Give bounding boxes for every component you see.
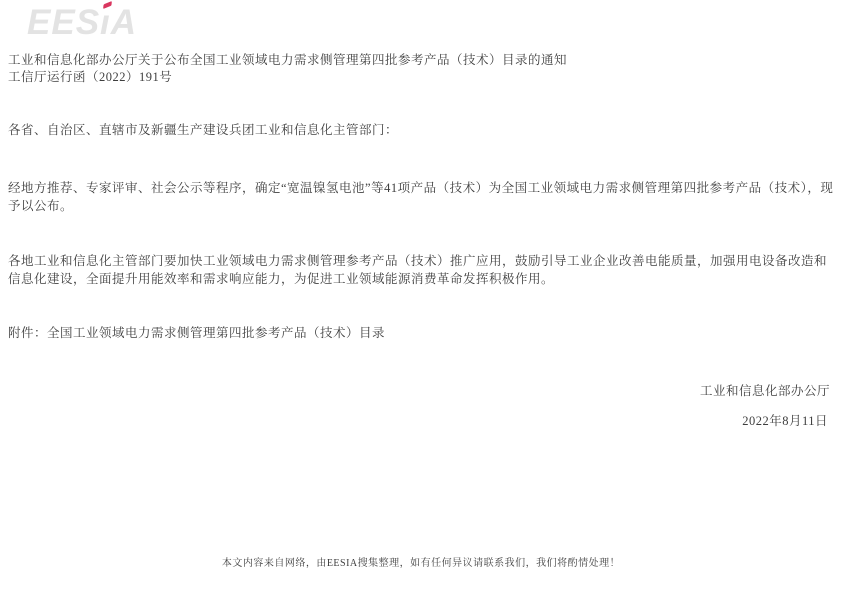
logo-text-prefix: EES (27, 3, 100, 42)
notice-doc-number: 工信厅运行函（2022）191号 (8, 69, 834, 86)
eesia-logo: EESıA (27, 3, 137, 43)
notice-document-page: EESıA 工业和信息化部办公厅关于公布全国工业领域电力需求侧管理第四批参考产品… (0, 0, 842, 596)
title-block: 工业和信息化部办公厅关于公布全国工业领域电力需求侧管理第四批参考产品（技术）目录… (8, 52, 834, 85)
logo-text-suffix: A (111, 3, 137, 42)
body-paragraph-2: 各地工业和信息化主管部门要加快工业领域电力需求侧管理参考产品（技术）推广应用，鼓… (8, 253, 834, 288)
footer-disclaimer: 本文内容来自网络，由EESIA搜集整理，如有任何异议请联系我们，我们将酌情处理！ (0, 557, 842, 571)
issue-date: 2022年8月11日 (8, 413, 828, 430)
body-paragraph-1: 经地方推荐、专家评审、社会公示等程序，确定“宽温镍氢电池”等41项产品（技术）为… (8, 180, 834, 215)
logo-letter-i: ı (100, 3, 111, 43)
issuer-signature: 工业和信息化部办公厅 (8, 383, 830, 400)
salutation-line: 各省、自治区、直辖市及新疆生产建设兵团工业和信息化主管部门： (8, 122, 834, 139)
attachment-line: 附件：全国工业领域电力需求侧管理第四批参考产品（技术）目录 (8, 325, 834, 342)
notice-title: 工业和信息化部办公厅关于公布全国工业领域电力需求侧管理第四批参考产品（技术）目录… (8, 52, 834, 69)
